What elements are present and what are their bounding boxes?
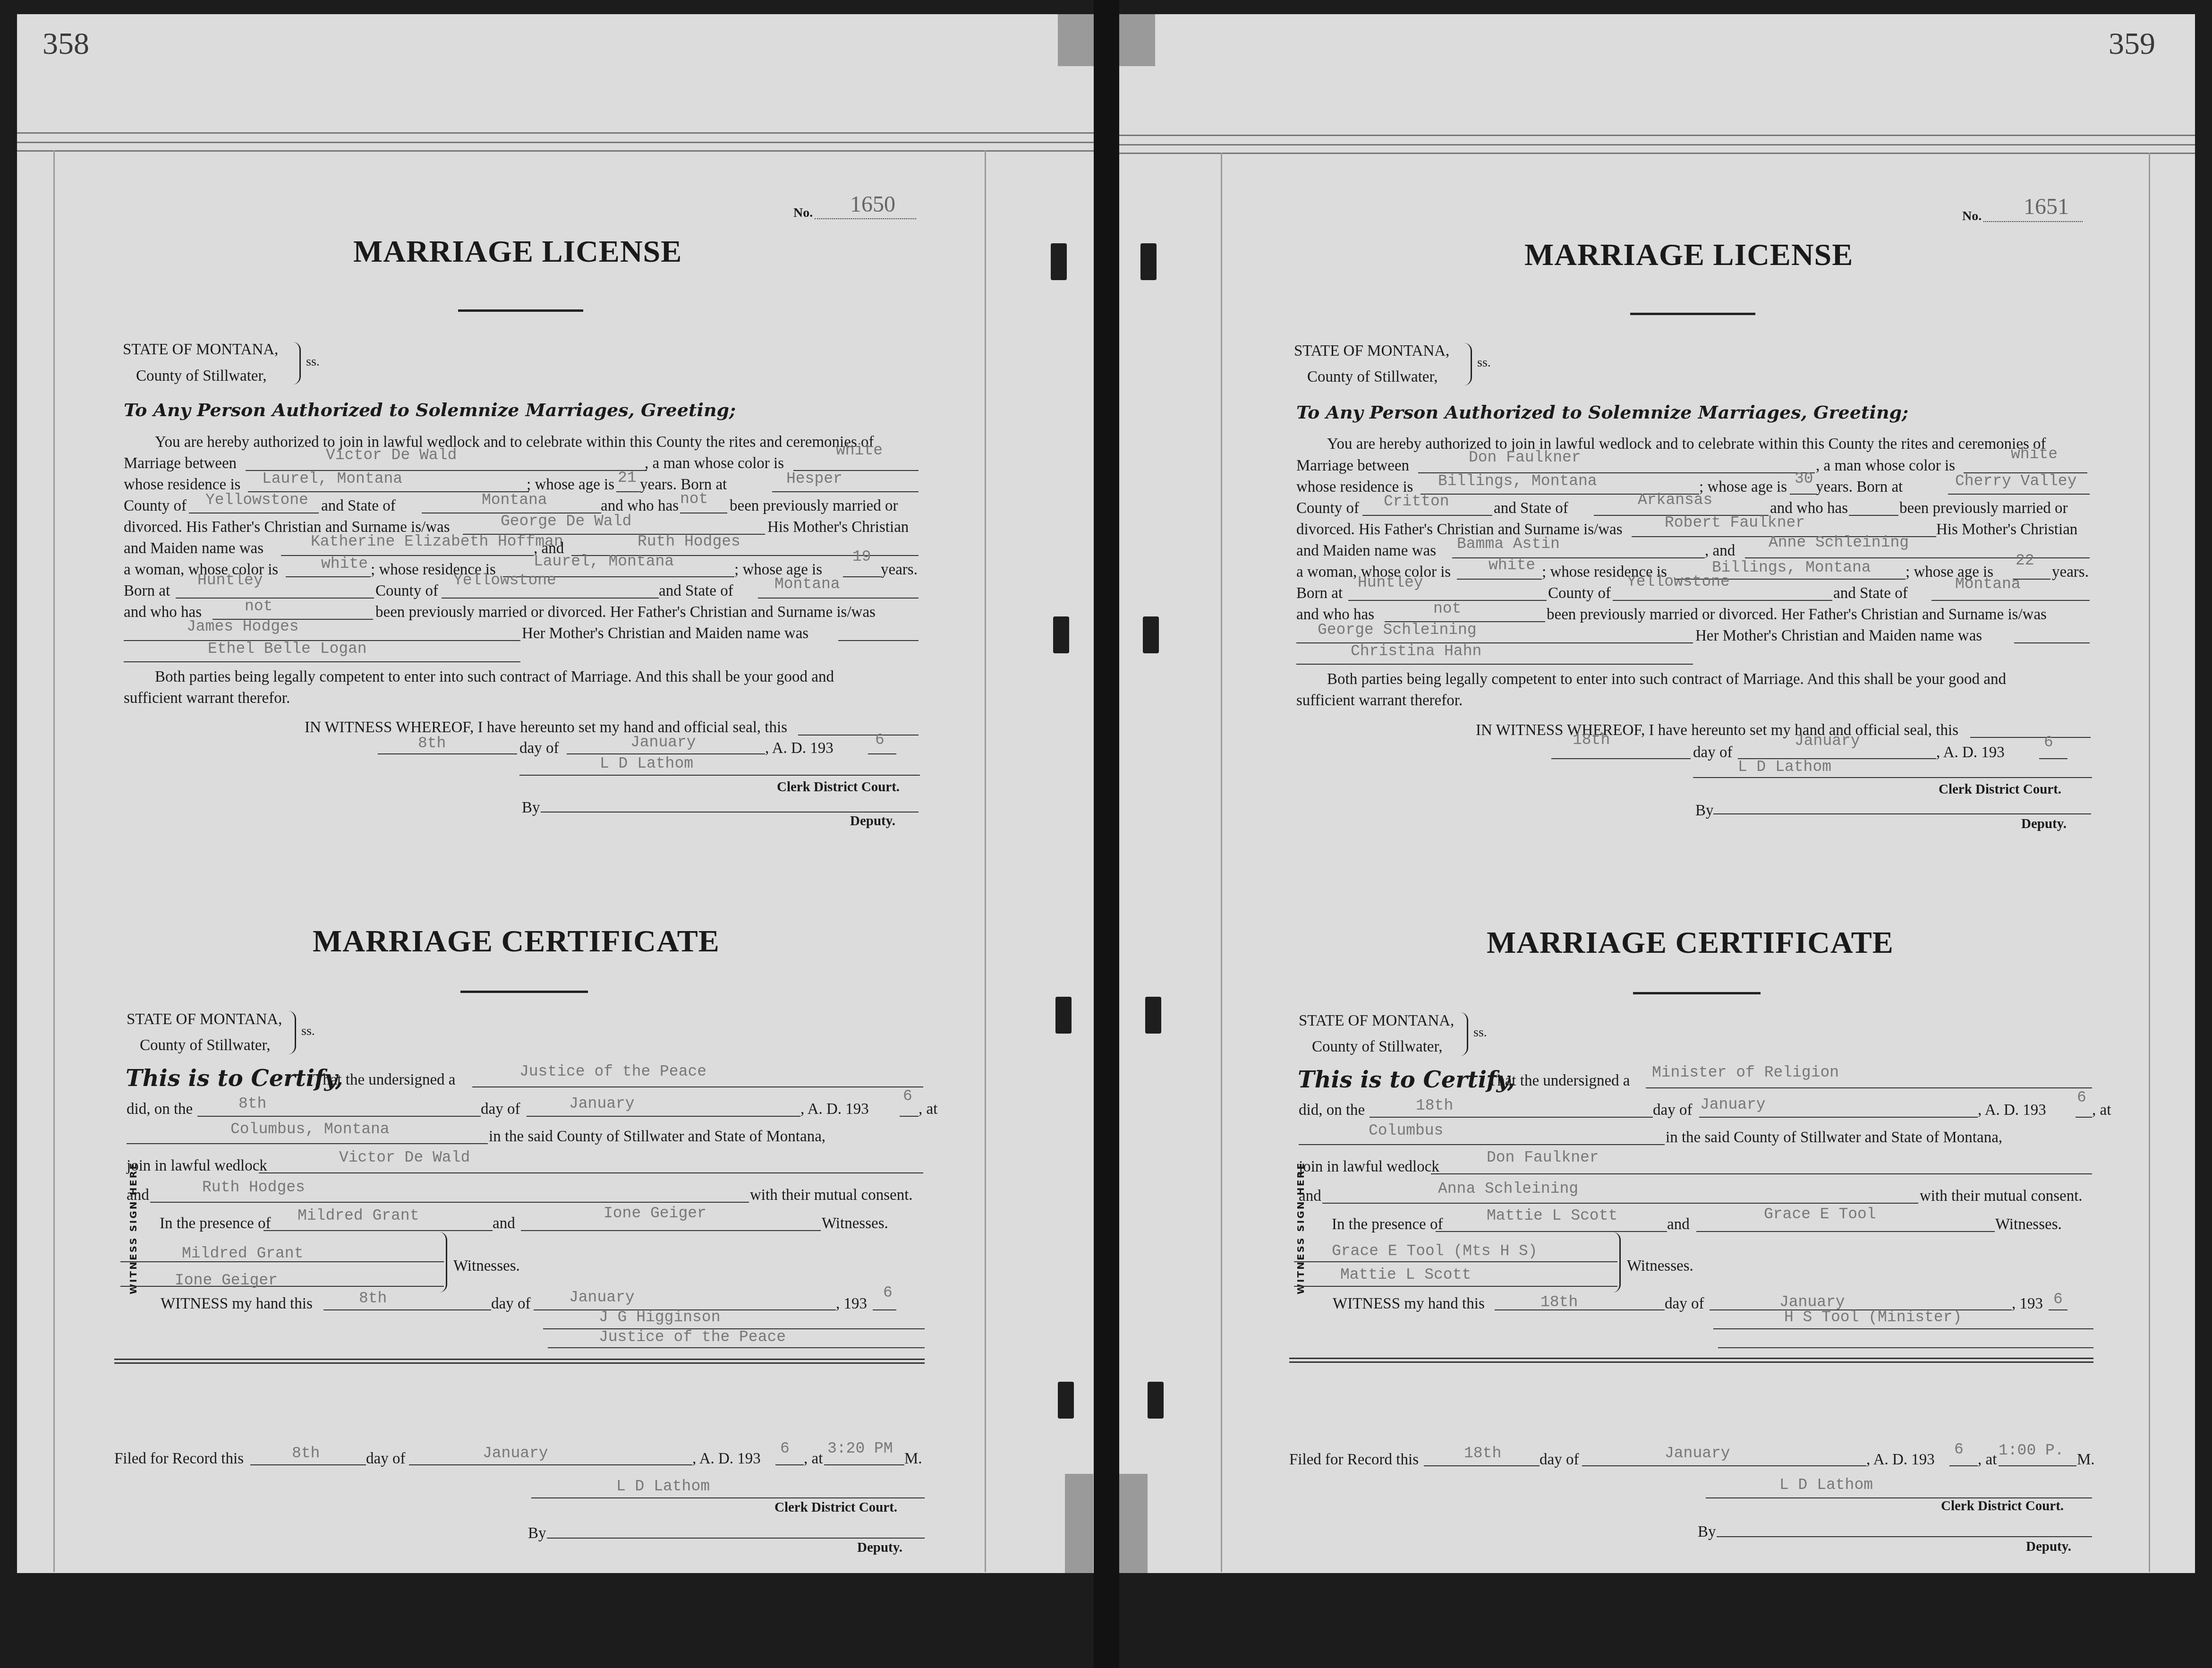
officiant-sig-title: Justice of the Peace: [599, 1328, 786, 1346]
deputy-label: Deputy.: [857, 1540, 902, 1556]
both-parties-text: Both parties being legally competent to …: [155, 668, 834, 686]
officiant-title: Minister of Religion: [1652, 1064, 1839, 1081]
hand-year-digit: 6: [2053, 1291, 2063, 1308]
day-of-label: day of: [1653, 1102, 1692, 1119]
bride-state: Montana: [1955, 575, 2021, 593]
and-label: and: [493, 1215, 515, 1232]
deputy-line: [1713, 813, 2091, 814]
groom-age-line: [616, 491, 640, 492]
witness2-line: [521, 1230, 821, 1231]
bride-county: Yellowstone: [453, 572, 556, 589]
cert-groom: Don Faulkner: [1487, 1149, 1599, 1166]
ss-label: ss.: [306, 354, 320, 369]
intro-text: You are hereby authorized to join in law…: [155, 434, 874, 451]
state-label: STATE OF MONTANA,: [1299, 1012, 1454, 1030]
bride-father: James Hodges: [187, 618, 299, 635]
page-number-right: 359: [2109, 26, 2155, 62]
officiant-sig-line: [1713, 1328, 2093, 1329]
undersigned-label: That the undersigned a: [313, 1071, 455, 1089]
at-label: , at: [804, 1450, 823, 1468]
witness-hand-label: WITNESS my hand this: [161, 1295, 313, 1313]
cert-bride: Anna Schleining: [1438, 1180, 1578, 1198]
binding-tab: [1148, 1382, 1164, 1419]
filed-time-line: [1999, 1465, 2076, 1466]
deputy-line: [541, 812, 919, 813]
certificate-title: MARRIAGE CERTIFICATE: [313, 924, 720, 959]
groom-age-line: [1790, 494, 1816, 495]
by-label: By: [522, 799, 540, 817]
groom-mother: Katherine Elizabeth Hoffman: [311, 533, 563, 550]
binding-tab: [1143, 616, 1159, 653]
cert-day: 8th: [238, 1095, 266, 1112]
margin-line: [1221, 153, 1222, 1572]
and-label: and: [1667, 1216, 1690, 1233]
bride-born-line: [176, 598, 374, 599]
header-rule: [17, 142, 1094, 143]
filed-year-digit: 6: [780, 1440, 790, 1457]
by-label: By: [1698, 1523, 1716, 1541]
ad-label: , A. D. 193: [1936, 744, 2005, 761]
license-day-line: [378, 753, 517, 754]
license-no-line: [1983, 221, 2083, 222]
title-dash: [1633, 992, 1761, 994]
certificate-title: MARRIAGE CERTIFICATE: [1487, 925, 1894, 961]
license-year-digit: 6: [2044, 734, 2053, 751]
cert-year-digit: 6: [903, 1087, 912, 1105]
cert-month: January: [1700, 1096, 1766, 1113]
clerk-label: Clerk District Court.: [1941, 1498, 2064, 1514]
officiant-title-sig-line: [548, 1347, 925, 1348]
groom-color: white: [2011, 445, 2058, 463]
filed-month: January: [483, 1445, 548, 1462]
filed-day-line: [250, 1464, 366, 1465]
marriage-between-label: Marriage between: [124, 455, 237, 472]
filed-year-line: [775, 1464, 804, 1465]
groom-county: Yellowstone: [205, 491, 308, 509]
greeting: To Any Person Authorized to Solemnize Ma…: [1296, 402, 1908, 423]
and-state-label: and State of: [1494, 500, 1568, 517]
day-of-label: day of: [1665, 1295, 1704, 1313]
clerk-sig-line: [519, 775, 920, 776]
binding-tab: [1058, 1382, 1074, 1419]
county-label: County of Stillwater,: [1312, 1038, 1442, 1056]
bride-state-label: and State of: [1833, 585, 1908, 602]
cert-day-line: [1370, 1117, 1653, 1118]
witness-signature2: Ione Geiger: [175, 1272, 278, 1289]
license-day: 18th: [1573, 731, 1610, 749]
cert-bride-line: [150, 1202, 749, 1203]
bride-mother-line-a: [2014, 642, 2090, 643]
prev-married-label: been previously married or: [1899, 500, 2067, 517]
groom-residence: Billings, Montana: [1438, 472, 1597, 490]
cert-place-line: [127, 1143, 488, 1144]
years-label: years.: [2052, 564, 2089, 581]
bride-state-line: [1931, 600, 2090, 601]
witness2-line: [1696, 1231, 1995, 1232]
day-of-label: day of: [481, 1101, 520, 1118]
cert-year-digit: 6: [2077, 1089, 2086, 1106]
cert-place: Columbus, Montana: [230, 1121, 390, 1138]
at-label: , at: [2092, 1102, 2111, 1119]
witness1-line: [264, 1230, 493, 1231]
license-month: January: [630, 734, 696, 751]
binding-tab: [1051, 243, 1067, 280]
marriage-between-label: Marriage between: [1296, 457, 1409, 475]
cert-bride-line: [1322, 1203, 1918, 1204]
license-no-label: No.: [793, 205, 813, 221]
filed-label: Filed for Record this: [1289, 1451, 1419, 1469]
born-at-label: years. Born at: [1816, 479, 1903, 496]
m-label: M.: [904, 1450, 922, 1468]
bride-county-label: County of: [1548, 585, 1611, 602]
groom-state: Arkansas: [1638, 491, 1712, 509]
margin-line: [2149, 153, 2150, 1572]
state-label: STATE OF MONTANA,: [123, 341, 278, 359]
clerk-signature: L D Lathom: [1738, 758, 1831, 776]
cert-groom: Victor De Wald: [339, 1149, 470, 1166]
witness1: Mildred Grant: [298, 1207, 419, 1224]
said-county-label: in the said County of Stillwater and Sta…: [489, 1128, 825, 1146]
state-label: STATE OF MONTANA,: [1294, 342, 1449, 360]
cert-groom-line: [1431, 1173, 2092, 1174]
witness2: Grace E Tool: [1764, 1206, 1876, 1223]
license-month-line: [567, 753, 765, 754]
both-parties-text: Both parties being legally competent to …: [1327, 671, 2006, 688]
and-state-label: and State of: [321, 497, 396, 515]
bride-name: Ruth Hodges: [638, 533, 740, 550]
groom-mother-line: [281, 555, 534, 556]
witness-hand-label: WITNESS my hand this: [1333, 1295, 1485, 1313]
cert-place: Columbus: [1369, 1122, 1443, 1139]
page-shadow: [1119, 14, 1155, 66]
groom-color: white: [836, 442, 883, 459]
groom-father: George De Wald: [501, 513, 631, 530]
groom-state: Montana: [482, 491, 547, 509]
state-label: STATE OF MONTANA,: [127, 1011, 282, 1028]
bride-age: 22: [2016, 552, 2034, 569]
license-no-line: [815, 218, 916, 219]
title-dash: [458, 309, 583, 312]
groom-prev-line: [680, 513, 727, 513]
bride-age: 19: [852, 548, 871, 565]
ad-label: , A. D. 193: [1866, 1451, 1935, 1469]
binding-tab: [1055, 997, 1072, 1034]
bride-born-at: Huntley: [1358, 574, 1423, 591]
witness-sig2-line: [1294, 1286, 1617, 1287]
witnesses-brace-label: Witnesses.: [453, 1257, 520, 1275]
in-witness-text: IN WITNESS WHEREOF, I have hereunto set …: [1476, 722, 1958, 739]
county-label: County of Stillwater,: [140, 1037, 270, 1054]
groom-prev-line: [1849, 515, 1898, 516]
ss-label: ss.: [1473, 1025, 1487, 1040]
filed-rule: [1289, 1358, 2093, 1359]
license-title: MARRIAGE LICENSE: [1524, 237, 1853, 273]
license-year-line: [868, 753, 896, 754]
day-of-label: day of: [1693, 744, 1732, 761]
hand-year-digit: 6: [883, 1284, 893, 1301]
presence-label: In the presence of: [160, 1215, 271, 1232]
intro-text: You are hereby authorized to join in law…: [1327, 436, 2046, 453]
bride-color-line: [1457, 579, 1542, 580]
this-is-to-certify: This is to Certify,: [1298, 1067, 1515, 1093]
hand-day-line: [1495, 1309, 1665, 1310]
ad-label: , A. D. 193: [692, 1450, 761, 1468]
bride-mother-line: [124, 661, 520, 662]
license-number: 1651: [2024, 194, 2069, 220]
bride-county: Yellowstone: [1627, 573, 1730, 590]
license-no-label: No.: [1962, 209, 1982, 224]
bride-mother-line: [1296, 664, 1693, 665]
license-number: 1650: [850, 191, 895, 217]
witnesses-label: Witnesses.: [822, 1215, 888, 1232]
bride-residence: Billings, Montana: [1712, 559, 1871, 576]
cert-day: 18th: [1416, 1097, 1453, 1114]
bride-line: [1745, 557, 2090, 558]
her-father-label: been previously married or divorced. Her…: [375, 604, 876, 621]
groom-born-at: Cherry Valley: [1955, 472, 2076, 490]
clerk-signature: L D Lathom: [600, 755, 693, 772]
by-label: By: [1695, 802, 1714, 820]
maiden-name-label: and Maiden name was: [1296, 542, 1436, 560]
filed-year-digit: 6: [1954, 1441, 1964, 1458]
officiant-title: Justice of the Peace: [519, 1063, 706, 1080]
ad-label: , A. D. 193: [800, 1101, 869, 1118]
sufficient-text: sufficient warrant therefor.: [124, 690, 290, 707]
cert-place-line: [1299, 1144, 1665, 1145]
bride-color: white: [321, 555, 368, 573]
groom-county-line: [1362, 515, 1492, 516]
groom-born-at: Hesper: [786, 470, 842, 488]
groom-prev-married: not: [680, 490, 708, 508]
cert-day-line: [197, 1116, 481, 1117]
license-day: 8th: [418, 735, 446, 752]
bride-mother-line-a: [838, 640, 919, 641]
bride-age-line: [843, 576, 881, 577]
binding-tab: [1140, 243, 1157, 280]
bride-state-label: and State of: [659, 582, 733, 600]
in-witness-text: IN WITNESS WHEREOF, I have hereunto set …: [305, 719, 787, 736]
deputy-line: [547, 1538, 925, 1539]
bride-prev-married: not: [1433, 600, 1461, 617]
this-is-to-certify: This is to Certify,: [126, 1065, 343, 1092]
his-mother-label: His Mother's Christian: [1936, 521, 2077, 539]
filed-rule: [1289, 1361, 2093, 1363]
page-shadow: [1058, 14, 1094, 66]
header-rule: [17, 132, 1094, 134]
greeting: To Any Person Authorized to Solemnize Ma…: [124, 399, 736, 420]
header-rule: [1119, 153, 2195, 154]
witness-sig1-line: [1294, 1261, 1617, 1262]
title-dash: [1630, 313, 1755, 315]
filed-clerk: L D Lathom: [616, 1478, 710, 1495]
witness2: Ione Geiger: [604, 1205, 706, 1222]
cert-year-line: [2076, 1117, 2092, 1118]
year-label: , 193: [836, 1295, 867, 1313]
bride-color: white: [1489, 556, 1535, 574]
filed-clerk-line: [531, 1497, 925, 1498]
filed-rule: [114, 1359, 925, 1360]
groom-county-line: [189, 513, 319, 513]
header-rule: [1119, 144, 2195, 145]
filed-day: 8th: [292, 1445, 320, 1462]
filed-month-line: [1582, 1465, 1866, 1466]
hand-day-line: [323, 1309, 491, 1310]
join-wedlock-label: join in lawful wedlock: [1299, 1158, 1439, 1176]
witness-this-line: [798, 735, 919, 736]
groom-name: Don Faulkner: [1469, 449, 1581, 466]
day-of-label: day of: [1540, 1451, 1579, 1469]
page-shadow: [1065, 1474, 1093, 1573]
filed-label: Filed for Record this: [114, 1450, 244, 1468]
day-of-label: day of: [491, 1295, 530, 1313]
officiant-signature: J G Higginson: [599, 1309, 720, 1326]
hand-day: 8th: [359, 1290, 387, 1307]
ad-label: , A. D. 193: [765, 740, 834, 757]
witness-sig2-line: [120, 1286, 444, 1287]
did-on-label: did, on the: [1299, 1102, 1365, 1119]
bride-father: George Schleining: [1318, 621, 1477, 639]
brace: [288, 1011, 296, 1054]
groom-born-line: [772, 491, 919, 492]
did-on-label: did, on the: [127, 1101, 193, 1118]
title-dash: [460, 991, 588, 993]
cert-month-line: [527, 1116, 800, 1117]
years-label: years.: [881, 561, 918, 579]
and-label: , and: [1705, 542, 1735, 560]
sufficient-text: sufficient warrant therefor.: [1296, 692, 1463, 710]
hand-month: January: [569, 1289, 635, 1306]
margin-line: [985, 150, 986, 1572]
brace: [293, 342, 301, 385]
presence-label: In the presence of: [1332, 1216, 1443, 1233]
witness-signature1: Mildred Grant: [182, 1245, 303, 1262]
clerk-sig-line: [1693, 777, 2092, 778]
filed-clerk: L D Lathom: [1779, 1476, 1873, 1494]
binding-tab: [1053, 616, 1069, 653]
hand-year-line: [873, 1309, 896, 1310]
filed-time: 3:20 PM: [827, 1440, 893, 1457]
page-shadow: [1119, 1474, 1148, 1573]
witness-sign-here: WITNESS SIGN HERE: [128, 1162, 139, 1294]
his-mother-label: His Mother's Christian: [767, 519, 909, 536]
by-label: By: [528, 1525, 546, 1542]
deputy-line: [1717, 1536, 2092, 1537]
officiant-title-line: [472, 1086, 923, 1087]
her-mother-label: Her Mother's Christian and Maiden name w…: [1695, 627, 1982, 645]
bride-county-label: County of: [375, 582, 438, 600]
cert-groom-line: [259, 1172, 923, 1173]
mutual-consent-label: with their mutual consent.: [750, 1187, 913, 1204]
bride-state: Montana: [774, 575, 840, 593]
bride-name: Anne Schleining: [1769, 534, 1909, 551]
ss-label: ss.: [1477, 355, 1491, 370]
m-label: M.: [2077, 1451, 2095, 1469]
prev-married-label: been previously married or: [730, 497, 898, 515]
clerk-label: Clerk District Court.: [777, 779, 900, 795]
filed-rule: [114, 1362, 925, 1364]
cert-year-line: [900, 1116, 919, 1117]
man-color-label: , a man whose color is: [645, 455, 784, 472]
license-year-line: [2039, 758, 2067, 759]
license-title: MARRIAGE LICENSE: [353, 234, 682, 270]
bride-born-label: Born at: [1296, 585, 1343, 602]
bride-born-at: Huntley: [197, 572, 263, 589]
header-rule: [1119, 135, 2195, 136]
her-mother-label: Her Mother's Christian and Maiden name w…: [522, 625, 808, 642]
county-label: County of Stillwater,: [1307, 368, 1438, 386]
cert-month-line: [1699, 1117, 1978, 1118]
bride-mother: Christina Hahn: [1351, 642, 1481, 660]
filed-time-line: [824, 1464, 904, 1465]
undersigned-label: That the undersigned a: [1488, 1072, 1630, 1090]
filed-day-line: [1424, 1465, 1540, 1466]
witness1: Mattie L Scott: [1487, 1207, 1617, 1224]
witness-signature2: Mattie L Scott: [1340, 1266, 1471, 1283]
hand-day: 18th: [1540, 1293, 1578, 1311]
at-label: , at: [1978, 1451, 1997, 1469]
bride-prev-married: not: [245, 598, 272, 615]
page-number-left: 358: [43, 26, 89, 62]
bride-mother: Ethel Belle Logan: [208, 640, 367, 658]
book-spine: [1094, 0, 1119, 1668]
bride-residence: Laurel, Montana: [534, 553, 674, 570]
ss-label: ss.: [301, 1024, 315, 1039]
at-label: , at: [919, 1101, 937, 1118]
cert-bride: Ruth Hodges: [202, 1179, 305, 1196]
brace: [439, 1232, 447, 1292]
groom-name: Victor De Wald: [326, 446, 457, 464]
groom-age: 30: [1795, 470, 1813, 488]
deputy-label: Deputy.: [850, 813, 895, 829]
man-color-label: , a man whose color is: [1816, 457, 1955, 475]
header-rule: [17, 150, 1094, 152]
officiant-title-sig-line: [1718, 1347, 2093, 1348]
clerk-label: Clerk District Court.: [1939, 782, 2061, 797]
maiden-name-label: and Maiden name was: [124, 540, 264, 557]
deputy-label: Deputy.: [2021, 816, 2067, 832]
brace: [1464, 343, 1472, 385]
join-wedlock-label: join in lawful wedlock: [127, 1157, 267, 1175]
deputy-label: Deputy.: [2026, 1539, 2071, 1555]
bride-color-line: [286, 576, 371, 577]
witness-this-line: [1970, 737, 2091, 738]
witness-signature1: Grace E Tool (Mts H S): [1332, 1242, 1538, 1260]
her-father-label: been previously married or divorced. Her…: [1547, 606, 2047, 624]
brace: [1460, 1012, 1468, 1056]
officiant-signature: H S Tool (Minister): [1784, 1309, 1962, 1326]
clerk-label: Clerk District Court.: [774, 1500, 897, 1515]
filed-year-line: [1949, 1465, 1978, 1466]
filed-day: 18th: [1464, 1445, 1501, 1462]
ad-label: , A. D. 193: [1978, 1102, 2046, 1119]
mutual-consent-label: with their mutual consent.: [1920, 1188, 2083, 1205]
bride-county-line: [1613, 600, 1832, 601]
license-year-digit: 6: [875, 731, 885, 749]
brace: [1613, 1232, 1621, 1292]
witness1-line: [1436, 1231, 1667, 1232]
groom-residence: Laurel, Montana: [262, 470, 402, 488]
bride-born-label: Born at: [124, 582, 170, 600]
groom-born-line: [1948, 494, 2090, 495]
margin-line: [53, 150, 55, 1572]
county-of-label: County of: [124, 497, 187, 515]
hand-year-line: [2049, 1309, 2067, 1310]
binding-tab: [1145, 997, 1161, 1034]
groom-father: Robert Faulkner: [1665, 514, 1805, 531]
day-of-label: day of: [519, 740, 559, 757]
bride-state-line: [758, 598, 919, 599]
day-of-label: day of: [366, 1450, 405, 1468]
